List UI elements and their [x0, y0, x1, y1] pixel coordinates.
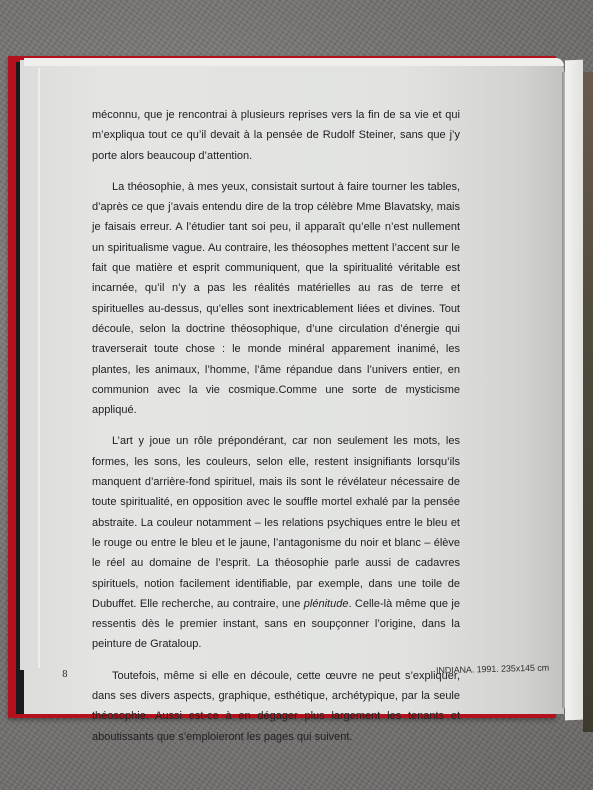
paragraph-1: méconnu, que je rencontrai à plusieurs r…: [92, 105, 460, 166]
page-inner-rule: [38, 68, 40, 668]
paragraph-2: La théosophie, à mes yeux, consistait su…: [92, 177, 460, 421]
page-top-edge: [24, 58, 564, 66]
paragraph-3-start: L’art y joue un rôle prépondérant, car n…: [92, 435, 460, 609]
body-text: méconnu, que je rencontrai à plusieurs r…: [92, 105, 460, 747]
book-gutter: [562, 72, 565, 708]
page-number: 8: [62, 670, 68, 680]
facing-page-edge: [583, 72, 593, 732]
italic-term: plénitude: [304, 598, 349, 610]
paragraph-3: L’art y joue un rôle prépondérant, car n…: [92, 431, 460, 654]
facing-page: [565, 60, 583, 721]
paragraph-4: Toutefois, même si elle en découle, cett…: [92, 666, 460, 747]
